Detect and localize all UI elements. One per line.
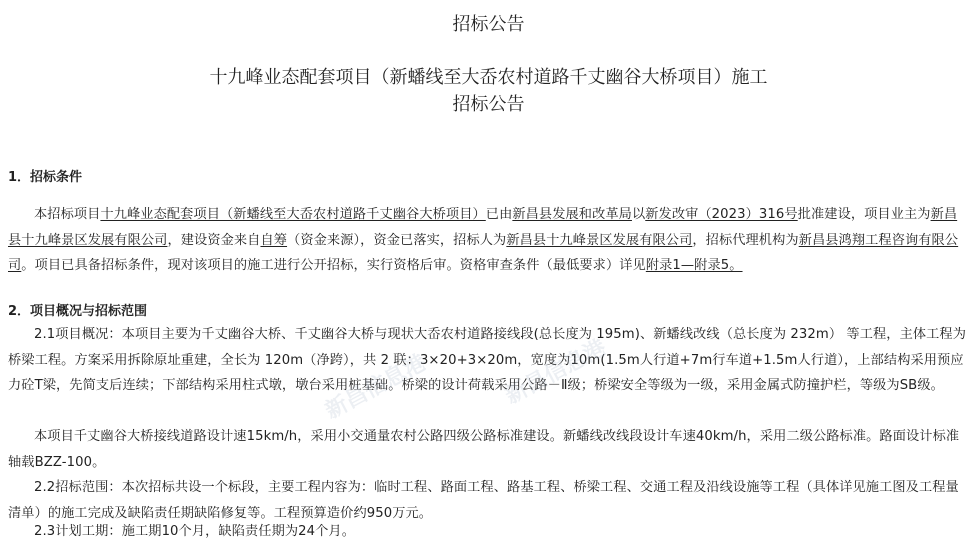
project-title: 十九峰业态配套项目（新蟠线至大岙农村道路千丈幽谷大桥项目）施工: [0, 63, 977, 89]
appendix-reference: 附录1—附录5。: [646, 258, 743, 273]
approver: 新昌县发展和改革局: [512, 207, 632, 222]
text: 。项目已具备招标条件，现对该项目的施工进行公开招标，实行资格后审。资格审查条件（…: [21, 258, 646, 273]
document-subtitle: 招标公告: [0, 90, 977, 116]
section-heading-project-overview: 2．项目概况与招标范围: [8, 300, 147, 319]
fund-source: 自筹: [260, 233, 287, 248]
text: ，招标代理机构为: [692, 233, 798, 248]
project-name: 十九峰业态配套项目（新蟠线至大岙农村道路千丈幽谷大桥项目）: [100, 207, 485, 222]
text: 已由: [486, 207, 513, 222]
text: ，建设资金来自: [167, 233, 260, 248]
page-title: 招标公告: [0, 10, 977, 36]
text: 以: [632, 207, 645, 222]
schedule-paragraph: 2.3计划工期：施工期10个月，缺陷责任期为24个月。: [8, 519, 968, 545]
approval-number: 新发改审（2023）316号: [645, 207, 797, 222]
project-overview-paragraph: 2.1项目概况：本项目主要为千丈幽谷大桥、千丈幽谷大桥与现状大岙农村道路接线段(…: [8, 322, 968, 399]
section-heading-tender-conditions: 1．招标条件: [8, 166, 82, 185]
road-design-paragraph: 本项目千丈幽谷大桥接线道路设计速15km/h，采用小交通量农村公路四级公路标准建…: [8, 424, 968, 475]
text: 本招标项目: [34, 207, 100, 222]
text: 批准建设，项目业主为: [798, 207, 931, 222]
tender-conditions-paragraph: 本招标项目十九峰业态配套项目（新蟠线至大岙农村道路千丈幽谷大桥项目）已由新昌县发…: [8, 202, 968, 279]
text: （资金来源），资金已落实，招标人为: [287, 233, 506, 248]
tenderer: 新昌县十九峰景区发展有限公司: [506, 233, 692, 248]
